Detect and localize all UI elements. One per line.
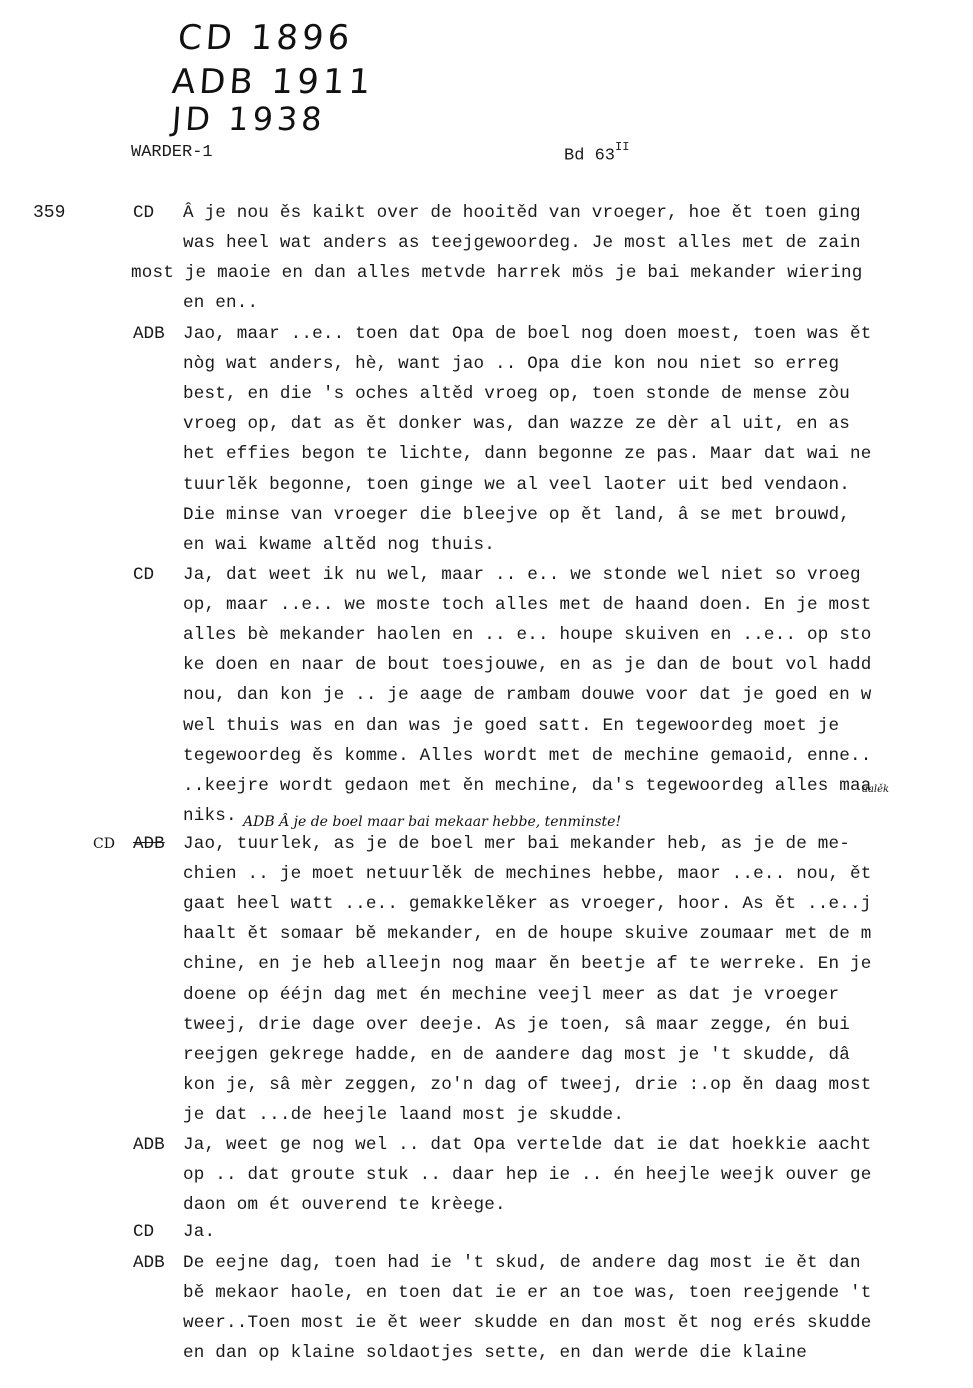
transcript-line: en en..	[183, 293, 258, 313]
page-reference-main: Bd 63	[564, 147, 615, 166]
transcript-line: ke doen en naar de bout toesjouwe, en as…	[183, 655, 872, 675]
handwritten-correction: aalěk	[862, 784, 889, 795]
transcript-line: het effies begon te lichte, dann begonne…	[183, 444, 872, 464]
speaker-label: ADB	[133, 1253, 165, 1273]
transcript-line: Ja, dat weet ik nu wel, maar .. e.. we s…	[183, 565, 861, 585]
transcript-line: was heel wat anders as teejgewoordeg. Je…	[183, 233, 861, 253]
transcript-line: nou, dan kon je .. je aage de rambam dou…	[183, 685, 872, 705]
transcript-line: reejgen gekrege hadde, en de aandere dag…	[183, 1045, 850, 1065]
transcript-line: Jao, tuurlek, as je de boel mer bai meka…	[183, 834, 850, 854]
transcript-line: en wai kwame altěd nog thuis.	[183, 535, 495, 555]
transcript-line: ..keejre wordt gedaon met ěn mechine, da…	[183, 776, 872, 796]
handwritten-line-adb: ADB 1911	[171, 62, 376, 102]
transcript-line: chien .. je moet netuurlěk de mechines h…	[183, 864, 872, 884]
transcript-line: tegewoordeg ěs komme. Alles wordt met de…	[183, 746, 872, 766]
transcript-line: en dan op klaine soldaotjes sette, en da…	[183, 1343, 807, 1363]
speaker-label: ADB	[133, 1135, 165, 1155]
transcript-line: Â je nou ěs kaikt over de hooitěd van vr…	[183, 203, 861, 223]
transcript-line: De eejne dag, toen had ie 't skud, de an…	[183, 1253, 861, 1273]
transcript-line: nòg wat anders, hè, want jao .. Opa die …	[183, 354, 839, 374]
transcript-line: je dat ...de heejle laand most je skudde…	[183, 1105, 624, 1125]
transcript-line: op, maar ..e.. we moste toch alles met d…	[183, 595, 872, 615]
transcript-line: Jao, maar ..e.. toen dat Opa de boel nog…	[183, 324, 872, 344]
transcript-line: tuurlěk begonne, toen ginge we al veel l…	[183, 475, 850, 495]
transcript-line: Ja.	[183, 1222, 215, 1242]
speaker-label: CD	[133, 1222, 154, 1242]
transcript-line: gaat heel watt ..e.. gemakkelěker as vro…	[183, 894, 872, 914]
transcript-line: kon je, sâ mèr zeggen, zo'n dag of tweej…	[183, 1075, 872, 1095]
speaker-label: CD	[133, 565, 154, 585]
speaker-label: ADB	[133, 324, 165, 344]
transcript-line: alles bè mekander haolen en .. e.. houpe…	[183, 625, 872, 645]
transcript-line: daon om ét ouverend te krèege.	[183, 1195, 506, 1215]
transcript-line: doene op ééjn dag met én mechine veejl m…	[183, 985, 839, 1005]
line-number: 359	[33, 203, 65, 223]
transcript-line: vroeg op, dat as ět donker was, dan wazz…	[183, 414, 850, 434]
page-reference: Bd 63II	[564, 143, 629, 166]
transcript-line: haalt ět somaar bě mekander, en de houpe…	[183, 924, 872, 944]
handwritten-inline-note: ADB Â je de boel maar bai mekaar hebbe, …	[243, 814, 621, 830]
handwritten-line-jd: JD 1938	[171, 100, 327, 138]
transcript-line: most je maoie en dan alles metvde harrek…	[131, 263, 863, 283]
transcript-line: chine, en je heb alleejn nog maar ěn bee…	[183, 954, 872, 974]
transcript-line: niks.	[183, 806, 237, 826]
transcript-line: wel thuis was en dan was je goed satt. E…	[183, 716, 839, 736]
transcript-line: Die minse van vroeger die bleejve op ět …	[183, 505, 850, 525]
transcript-line: best, en die 's oches altěd vroeg op, to…	[183, 384, 850, 404]
transcript-line: op .. dat groute stuk .. daar hep ie .. …	[183, 1165, 872, 1185]
speaker-label: ADB	[133, 834, 165, 854]
transcript-line: weer..Toen most ie ět weer skudde en dan…	[183, 1313, 872, 1333]
speaker-correction: CD	[93, 836, 115, 852]
document-id: WARDER-1	[131, 143, 213, 162]
transcript-line: bě mekaor haole, en toen dat ie er an to…	[183, 1283, 872, 1303]
handwritten-line-cd: CD 1896	[177, 18, 355, 58]
page-reference-sup: II	[615, 140, 629, 154]
transcript-line: tweej, drie dage over deeje. As je toen,…	[183, 1015, 850, 1035]
transcript-line: Ja, weet ge nog wel .. dat Opa vertelde …	[183, 1135, 872, 1155]
speaker-label: CD	[133, 203, 154, 223]
